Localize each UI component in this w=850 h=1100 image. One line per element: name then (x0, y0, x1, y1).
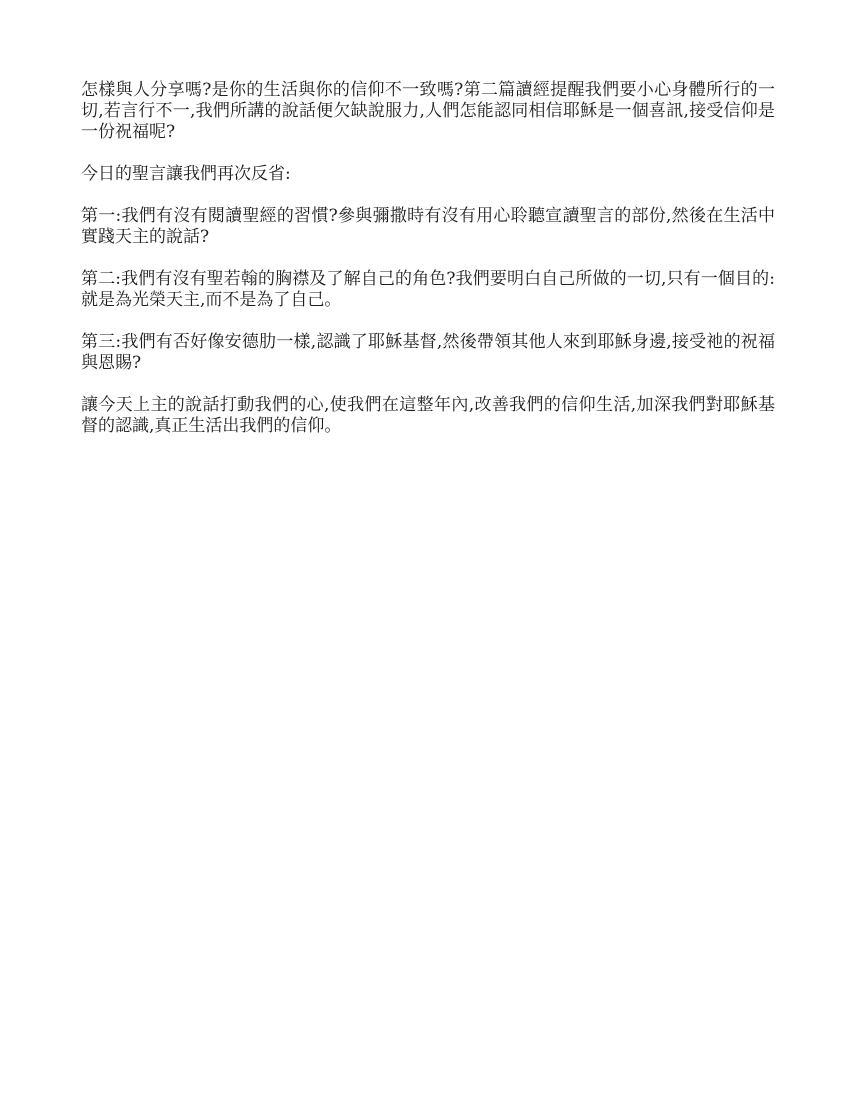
paragraph-point-two: 第二:我們有沒有聖若翰的胸襟及了解自己的角色?我們要明白自己所做的一切,只有一個… (81, 269, 775, 311)
paragraph-reflection-heading: 今日的聖言讓我們再次反省: (81, 164, 775, 185)
paragraph-point-one: 第一:我們有沒有閱讀聖經的習慣?參與彌撒時有沒有用心聆聽宣讀聖言的部份,然後在生… (81, 206, 775, 248)
paragraph-intro-sharing: 怎樣與人分享嗎?是你的生活與你的信仰不一致嗎?第二篇讀經提醒我們要小心身體所行的… (81, 80, 775, 143)
document-page: 怎樣與人分享嗎?是你的生活與你的信仰不一致嗎?第二篇讀經提醒我們要小心身體所行的… (0, 0, 850, 1100)
document-text-block: 怎樣與人分享嗎?是你的生活與你的信仰不一致嗎?第二篇讀經提醒我們要小心身體所行的… (81, 80, 775, 458)
paragraph-point-three: 第三:我們有否好像安德肋一樣,認識了耶穌基督,然後帶領其他人來到耶穌身邊,接受祂… (81, 332, 775, 374)
paragraph-closing-prayer: 讓今天上主的說話打動我們的心,使我們在這整年內,改善我們的信仰生活,加深我們對耶… (81, 395, 775, 437)
